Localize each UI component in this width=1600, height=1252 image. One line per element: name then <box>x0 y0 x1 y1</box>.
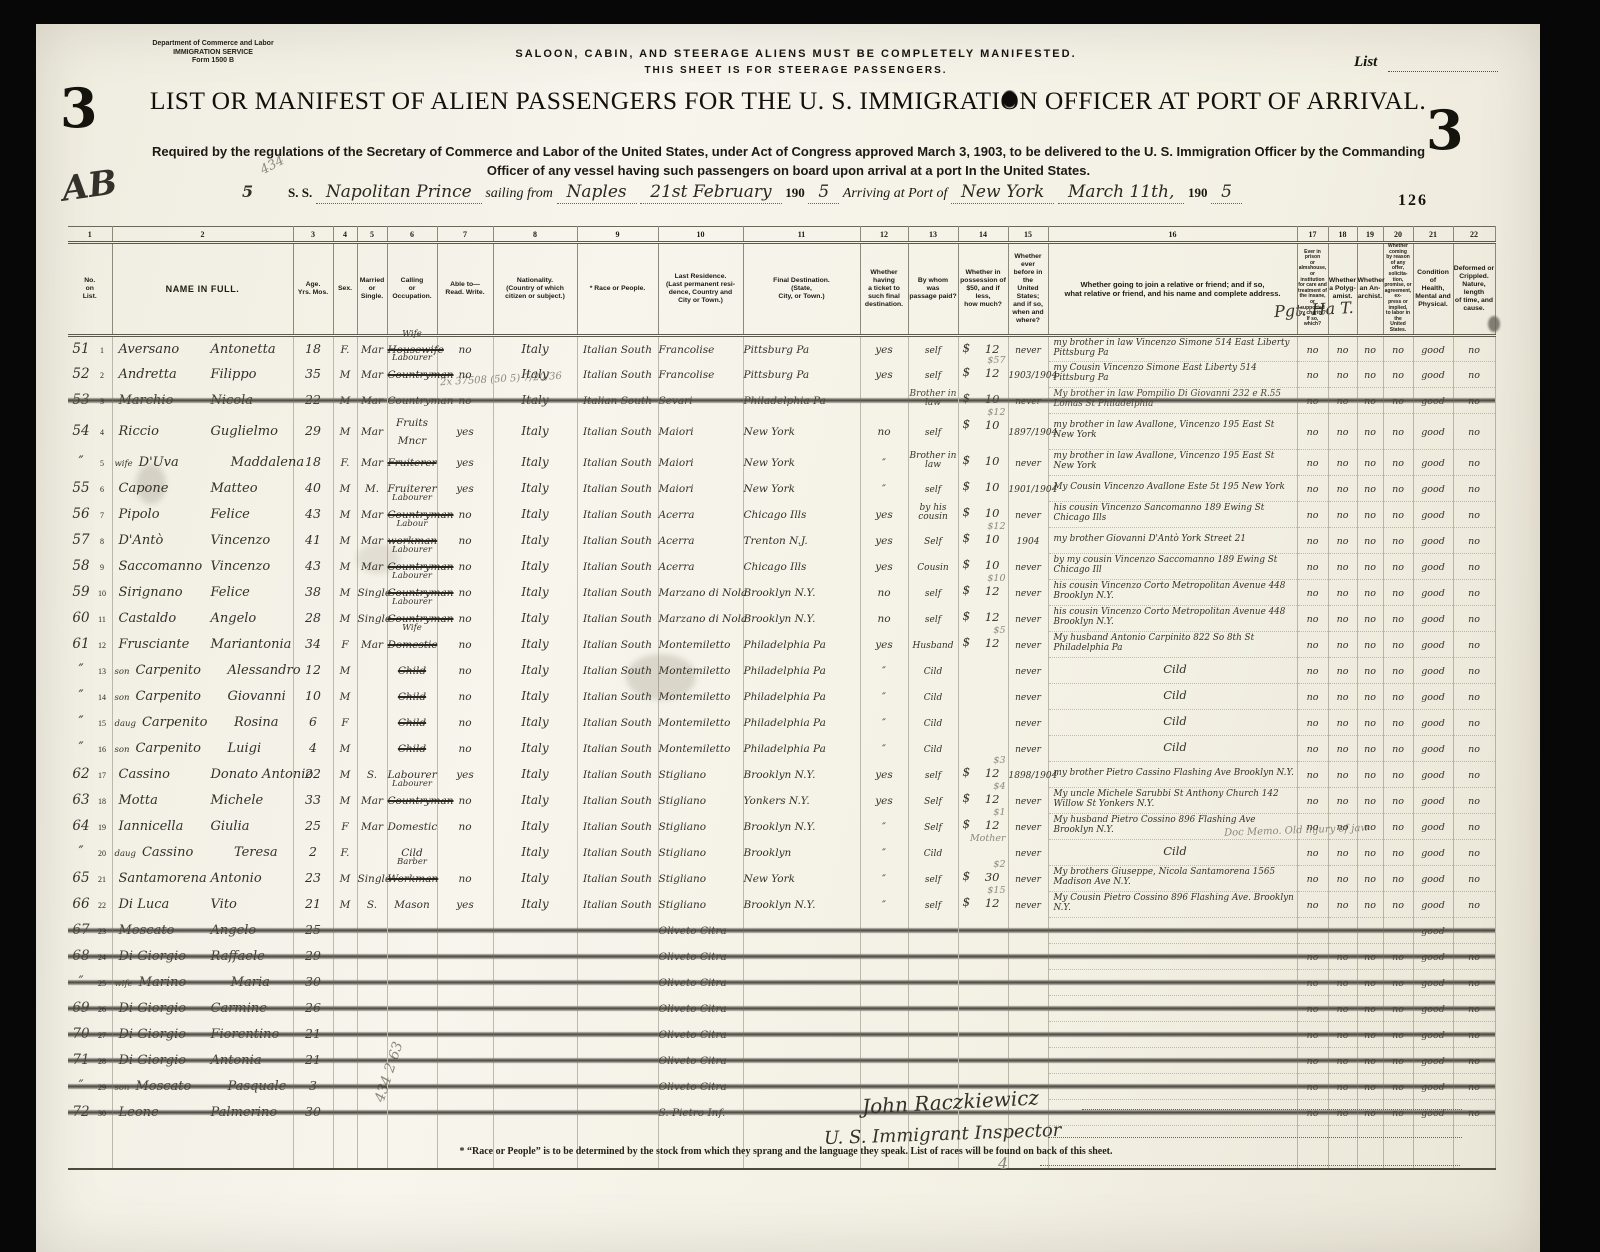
cell-list-number: ″20 <box>68 839 112 865</box>
cell-sex: M <box>333 735 357 761</box>
cell-last-residence: Oliveto Citra <box>658 969 743 995</box>
cell-anarchist: no <box>1357 335 1383 361</box>
cell-money-amount: $12$15 <box>958 891 1008 917</box>
cell-anarchist <box>1357 917 1383 943</box>
cell-marital-status <box>357 969 387 995</box>
cell-final-destination: Chicago Ills <box>743 553 860 579</box>
cell-sex: M <box>333 761 357 787</box>
cell-deformed: no <box>1453 605 1495 631</box>
cell-read-write: no <box>437 709 493 735</box>
passenger-row: ″15daugCarpenitoRosina6FChildnoItalyItal… <box>68 709 1495 735</box>
cell-age: 2 <box>293 839 333 865</box>
empty-cell <box>1297 1125 1328 1169</box>
cell-relative-friend: my Cousin Vincenzo Simone East Liberty 5… <box>1048 361 1297 387</box>
cell-race: Italian South <box>577 553 658 579</box>
cell-final-destination <box>743 1047 860 1073</box>
cell-deformed: no <box>1453 579 1495 605</box>
cell-read-write: yes <box>437 891 493 917</box>
cell-health: good <box>1413 475 1453 501</box>
cell-name: MoscatoAngelo <box>112 917 293 943</box>
cell-marital-status <box>357 735 387 761</box>
cell-passage-paid-by: self <box>908 891 958 917</box>
cell-relative-friend: my brother Giovanni D'Antò York Street 2… <box>1048 527 1297 553</box>
cell-sex: M <box>333 553 357 579</box>
cell-final-destination: New York <box>743 475 860 501</box>
cell-marital-status <box>357 1047 387 1073</box>
cell-anarchist: no <box>1357 605 1383 631</box>
cell-polygamist: no <box>1328 553 1357 579</box>
cell-race <box>577 969 658 995</box>
cell-health: good <box>1413 995 1453 1021</box>
form-identification: Department of Commerce and Labor IMMIGRA… <box>128 40 298 66</box>
column-header: Sex. <box>333 243 357 336</box>
passenger-row: 6112FruscianteMariantonia34FMarWifeDomes… <box>68 631 1495 657</box>
cell-name: PipoloFelice <box>112 501 293 527</box>
cell-race <box>577 1073 658 1099</box>
signature-rule <box>1048 1136 1462 1138</box>
cell-name: daugCassinoTeresa <box>112 839 293 865</box>
arrival-year-print: 190 <box>1188 185 1208 200</box>
cell-race: Italian South <box>577 449 658 475</box>
cell-anarchist: no <box>1357 449 1383 475</box>
cell-labor-contract: no <box>1383 839 1413 865</box>
cell-anarchist: no <box>1357 501 1383 527</box>
cell-passage-paid-by: Brother in law <box>908 449 958 475</box>
cell-money-amount: $10$12 <box>958 527 1008 553</box>
cell-polygamist: no <box>1328 813 1357 839</box>
cell-race: Italian South <box>577 527 658 553</box>
cell-race: Italian South <box>577 475 658 501</box>
cell-ever-in-prison: no <box>1297 335 1328 361</box>
cell-polygamist <box>1328 917 1357 943</box>
cell-polygamist: no <box>1328 657 1357 683</box>
cell-relative-friend: Cild <box>1048 709 1297 735</box>
cell-race: Italian South <box>577 735 658 761</box>
cell-polygamist: no <box>1328 335 1357 361</box>
cell-marital-status: Mar <box>357 361 387 387</box>
cell-anarchist: no <box>1357 1073 1383 1099</box>
cell-race <box>577 995 658 1021</box>
sailing-year-print: 190 <box>785 185 805 200</box>
cell-ever-in-prison: no <box>1297 631 1328 657</box>
cell-polygamist: no <box>1328 787 1357 813</box>
cell-occupation <box>387 1099 437 1125</box>
empty-cell <box>68 1125 112 1169</box>
column-number: 10 <box>658 227 743 243</box>
column-number: 1 <box>68 227 112 243</box>
cell-labor-contract: no <box>1383 553 1413 579</box>
cell-marital-status <box>357 1073 387 1099</box>
cell-list-number: 6723 <box>68 917 112 943</box>
cell-before-in-us <box>1008 969 1048 995</box>
cell-money-amount: $12$57 <box>958 361 1008 387</box>
cell-final-destination: Philadelphia Pa <box>743 683 860 709</box>
cell-read-write <box>437 969 493 995</box>
cell-before-in-us: 1904 <box>1008 527 1048 553</box>
cell-marital-status: S. <box>357 761 387 787</box>
cell-ever-in-prison: no <box>1297 361 1328 387</box>
cell-list-number: 556 <box>68 475 112 501</box>
column-number: 3 <box>293 227 333 243</box>
cell-relative-friend: My uncle Michele Sarubbi St Anthony Chur… <box>1048 787 1297 813</box>
cell-sex: F. <box>333 449 357 475</box>
cell-list-number: ″25 <box>68 969 112 995</box>
cell-name: sonCarpenitoLuigi <box>112 735 293 761</box>
passenger-table: 12345678910111213141516171819202122No. o… <box>68 226 1496 1170</box>
cell-health: good <box>1413 917 1453 943</box>
cell-anarchist: no <box>1357 709 1383 735</box>
cell-occupation <box>387 917 437 943</box>
cell-relative-friend: his cousin Vincenzo Sancomanno 189 Ewing… <box>1048 501 1297 527</box>
cell-read-write <box>437 1099 493 1125</box>
cell-age: 18 <box>293 335 333 361</box>
cell-nationality: Italy <box>493 735 577 761</box>
cell-marital-status: Single <box>357 865 387 891</box>
column-number: 17 <box>1297 227 1328 243</box>
cell-has-ticket: no <box>860 413 908 449</box>
cell-before-in-us: 1898/1904 <box>1008 761 1048 787</box>
cell-race: Italian South <box>577 413 658 449</box>
column-number: 20 <box>1383 227 1413 243</box>
cell-age: 26 <box>293 995 333 1021</box>
cell-money-amount <box>958 657 1008 683</box>
cell-labor-contract: no <box>1383 813 1413 839</box>
column-header: * Race or People. <box>577 243 658 336</box>
cell-list-number: 5910 <box>68 579 112 605</box>
cell-money-amount: $12$5 <box>958 631 1008 657</box>
cell-name: SaccomannoVincenzo <box>112 553 293 579</box>
cell-polygamist: no <box>1328 865 1357 891</box>
cell-list-number: 7128 <box>68 1047 112 1073</box>
passenger-row: 6824Di GiorgioRaffaele29Oliveto Citranon… <box>68 943 1495 969</box>
cell-race: Italian South <box>577 605 658 631</box>
cell-before-in-us: never <box>1008 813 1048 839</box>
cell-nationality <box>493 995 577 1021</box>
signature-rule <box>1082 1108 1462 1110</box>
cell-relative-friend <box>1048 1073 1297 1099</box>
cell-before-in-us: never <box>1008 631 1048 657</box>
passenger-row: 6926Di GiorgioCarmine26Oliveto Citranono… <box>68 995 1495 1021</box>
cell-money-amount: $10 <box>958 449 1008 475</box>
cell-race: Italian South <box>577 839 658 865</box>
cell-occupation <box>387 1021 437 1047</box>
cell-deformed: no <box>1453 1073 1495 1099</box>
column-header: Whether an An- archist. <box>1357 243 1383 336</box>
cell-final-destination: Brooklyn N.Y. <box>743 579 860 605</box>
cell-marital-status: Single <box>357 579 387 605</box>
cell-age: 43 <box>293 553 333 579</box>
cell-has-ticket: ″ <box>860 683 908 709</box>
cell-age: 38 <box>293 579 333 605</box>
cell-labor-contract: no <box>1383 1047 1413 1073</box>
empty-cell <box>333 1125 357 1169</box>
cell-age: 29 <box>293 413 333 449</box>
cell-age: 30 <box>293 969 333 995</box>
cell-final-destination: Brooklyn N.Y. <box>743 761 860 787</box>
cell-read-write <box>437 839 493 865</box>
cell-ever-in-prison: no <box>1297 475 1328 501</box>
column-number: 11 <box>743 227 860 243</box>
cell-list-number: 6521 <box>68 865 112 891</box>
margin-monogram: AB <box>59 162 119 209</box>
cell-health: good <box>1413 387 1453 413</box>
signature-rule <box>1040 1164 1460 1166</box>
cell-deformed: no <box>1453 387 1495 413</box>
cell-final-destination: Trenton N.J. <box>743 527 860 553</box>
cell-race <box>577 1021 658 1047</box>
cell-final-destination: Pittsburg Pa <box>743 361 860 387</box>
cell-passage-paid-by: self <box>908 413 958 449</box>
cell-relative-friend: Cild <box>1048 839 1297 865</box>
cell-nationality: Italy <box>493 813 577 839</box>
cell-sex: M <box>333 387 357 413</box>
sailing-year-handwritten: 5 <box>808 182 839 204</box>
cell-passage-paid-by: Cousin <box>908 553 958 579</box>
cell-has-ticket <box>860 387 908 413</box>
cell-ever-in-prison: no <box>1297 969 1328 995</box>
cell-anarchist: no <box>1357 553 1383 579</box>
cell-deformed: no <box>1453 475 1495 501</box>
cell-relative-friend: Cild <box>1048 657 1297 683</box>
cell-health: good <box>1413 413 1453 449</box>
cell-occupation <box>387 1047 437 1073</box>
passenger-row: 544RiccioGuglielmo29MMarFruits MncryesIt… <box>68 413 1495 449</box>
cell-nationality: Italy <box>493 335 577 361</box>
cell-nationality: Italy <box>493 579 577 605</box>
cell-read-write <box>437 943 493 969</box>
cell-health: good <box>1413 1021 1453 1047</box>
column-header: No. on List. <box>68 243 112 336</box>
cell-relative-friend: My Cousin Vincenzo Avallone Este 5t 195 … <box>1048 475 1297 501</box>
cell-age: 3 <box>293 1073 333 1099</box>
passenger-row: 6318MottaMichele33MMarLabourerCountryman… <box>68 787 1495 813</box>
cell-has-ticket: yes <box>860 527 908 553</box>
arrival-date: March 11th, <box>1058 182 1184 204</box>
cell-name: sonMoscatoPasquale <box>112 1073 293 1099</box>
column-header: Whether coming by reason of any offer, s… <box>1383 243 1413 336</box>
cell-last-residence: Montemiletto <box>658 657 743 683</box>
passenger-row: 7128Di GiorgioAntonia21Oliveto Citranono… <box>68 1047 1495 1073</box>
cell-list-number: 567 <box>68 501 112 527</box>
cell-polygamist: no <box>1328 475 1357 501</box>
cell-has-ticket: yes <box>860 787 908 813</box>
cell-ever-in-prison: no <box>1297 683 1328 709</box>
cell-deformed: no <box>1453 657 1495 683</box>
passenger-row: ″14sonCarpenitoGiovanni10MChildnoItalyIt… <box>68 683 1495 709</box>
cell-passage-paid-by: Cild <box>908 709 958 735</box>
cell-list-number: ″15 <box>68 709 112 735</box>
cell-final-destination: New York <box>743 865 860 891</box>
passenger-row: ″25wifeMarinoMaria30Oliveto Citranononon… <box>68 969 1495 995</box>
cell-nationality: Italy <box>493 683 577 709</box>
cell-money-amount: $10 <box>958 475 1008 501</box>
cell-name: wifeD'UvaMaddalena <box>112 449 293 475</box>
manifest-notice-line2: THIS SHEET IS FOR STEERAGE PASSENGERS. <box>476 65 1116 76</box>
column-header: Whether having a ticket to such final de… <box>860 243 908 336</box>
cell-marital-status: Mar <box>357 387 387 413</box>
subtitle-line2: Officer of any vessel having such passen… <box>121 161 1456 180</box>
cell-before-in-us <box>1008 917 1048 943</box>
cell-passage-paid-by <box>908 943 958 969</box>
cell-age: 21 <box>293 1047 333 1073</box>
cell-deformed: no <box>1453 995 1495 1021</box>
cell-has-ticket <box>860 1021 908 1047</box>
cell-before-in-us <box>1008 1021 1048 1047</box>
cell-race: Italian South <box>577 891 658 917</box>
cell-money-amount <box>958 995 1008 1021</box>
cell-deformed: no <box>1453 1047 1495 1073</box>
cell-passage-paid-by: Cild <box>908 683 958 709</box>
passenger-row: ″29sonMoscatoPasquale3Oliveto Citranonon… <box>68 1073 1495 1099</box>
cell-before-in-us: 1897/1904 <box>1008 413 1048 449</box>
cell-age: 4 <box>293 735 333 761</box>
cell-occupation: BarberWorkman <box>387 865 437 891</box>
cell-occupation: Countryman <box>387 387 437 413</box>
cell-final-destination <box>743 1073 860 1099</box>
cell-labor-contract: no <box>1383 335 1413 361</box>
cell-before-in-us <box>1008 943 1048 969</box>
cell-nationality: Italy <box>493 413 577 449</box>
column-number: 18 <box>1328 227 1357 243</box>
cell-before-in-us: never <box>1008 865 1048 891</box>
cell-anarchist: no <box>1357 969 1383 995</box>
cell-occupation <box>387 969 437 995</box>
cell-occupation: LabourerCountryman <box>387 787 437 813</box>
cell-passage-paid-by: Self <box>908 813 958 839</box>
cell-ever-in-prison <box>1297 917 1328 943</box>
cell-deformed: no <box>1453 527 1495 553</box>
margin-number-note: 5 <box>242 182 253 201</box>
cell-nationality: Italy <box>493 387 577 413</box>
cell-has-ticket <box>860 917 908 943</box>
cell-deformed: no <box>1453 553 1495 579</box>
cell-list-number: 6011 <box>68 605 112 631</box>
column-header: Deformed or Crippled. Nature, length of … <box>1453 243 1495 336</box>
cell-last-residence: Acerra <box>658 553 743 579</box>
cell-sex: F. <box>333 839 357 865</box>
cell-anarchist: no <box>1357 657 1383 683</box>
cell-name: SirignanoFelice <box>112 579 293 605</box>
cell-before-in-us <box>1008 995 1048 1021</box>
cell-passage-paid-by: Self <box>908 527 958 553</box>
cell-occupation: Domestic <box>387 813 437 839</box>
cell-deformed: no <box>1453 683 1495 709</box>
cell-name: Di GiorgioRaffaele <box>112 943 293 969</box>
cell-read-write: no <box>437 735 493 761</box>
cell-race <box>577 1047 658 1073</box>
column-number: 13 <box>908 227 958 243</box>
cell-final-destination <box>743 1099 860 1125</box>
cell-marital-status: Mar <box>357 501 387 527</box>
sheet-number: 126 <box>1398 192 1428 210</box>
cell-labor-contract: no <box>1383 1021 1413 1047</box>
passenger-row: ″16sonCarpenitoLuigi4MChildnoItalyItalia… <box>68 735 1495 761</box>
cell-money-amount <box>958 943 1008 969</box>
cell-last-residence: Francolise <box>658 335 743 361</box>
cell-name: daugCarpenitoRosina <box>112 709 293 735</box>
cell-occupation <box>387 1073 437 1099</box>
cell-health: good <box>1413 553 1453 579</box>
table-header: 12345678910111213141516171819202122No. o… <box>68 227 1495 336</box>
cell-name: MarchioNicola <box>112 387 293 413</box>
cell-health: good <box>1413 839 1453 865</box>
cell-age: 22 <box>293 387 333 413</box>
cell-sex: M <box>333 683 357 709</box>
cell-ever-in-prison: no <box>1297 413 1328 449</box>
cell-ever-in-prison: no <box>1297 527 1328 553</box>
cell-ever-in-prison: no <box>1297 943 1328 969</box>
cell-occupation: Child <box>387 683 437 709</box>
cell-polygamist: no <box>1328 501 1357 527</box>
cell-final-destination: Philadelphia Pa <box>743 735 860 761</box>
column-labels-row: No. on List.NAME IN FULL.Age. Yrs. Mos.S… <box>68 243 1495 336</box>
cell-marital-status <box>357 1021 387 1047</box>
cell-nationality <box>493 917 577 943</box>
column-number: 19 <box>1357 227 1383 243</box>
cell-passage-paid-by: Cild <box>908 735 958 761</box>
cell-health: good <box>1413 969 1453 995</box>
cell-list-number: 544 <box>68 413 112 449</box>
passenger-row: ″5wifeD'UvaMaddalena18F.MarFruitereryesI… <box>68 449 1495 475</box>
cell-final-destination <box>743 1021 860 1047</box>
passenger-row: 6011CastaldoAngelo28MSingleLabourerCount… <box>68 605 1495 631</box>
cell-read-write: yes <box>437 413 493 449</box>
cell-name: CaponeMatteo <box>112 475 293 501</box>
cell-deformed <box>1453 917 1495 943</box>
column-header: Age. Yrs. Mos. <box>293 243 333 336</box>
cell-ever-in-prison: no <box>1297 449 1328 475</box>
empty-cell <box>1328 1125 1357 1169</box>
cell-anarchist: no <box>1357 683 1383 709</box>
cell-before-in-us: never <box>1008 605 1048 631</box>
cell-name: AversanoAntonetta <box>112 335 293 361</box>
cell-nationality: Italy <box>493 709 577 735</box>
table-body: 511AversanoAntonetta18F.MarWifeHousewife… <box>68 335 1495 1169</box>
cell-nationality: Italy <box>493 787 577 813</box>
cell-read-write <box>437 1047 493 1073</box>
cell-list-number: 6112 <box>68 631 112 657</box>
cell-health: good <box>1413 787 1453 813</box>
cell-deformed: no <box>1453 1099 1495 1125</box>
passenger-row: 589SaccomannoVincenzo43MMarLabourerCount… <box>68 553 1495 579</box>
sailing-date: 21st February <box>640 182 781 204</box>
cell-sex: M <box>333 361 357 387</box>
cell-last-residence: Oliveto Citra <box>658 1021 743 1047</box>
cell-ever-in-prison: no <box>1297 709 1328 735</box>
cell-read-write <box>437 1073 493 1099</box>
voyage-line: S. S. Napolitan Prince sailing from Napl… <box>288 182 1468 202</box>
cell-polygamist: no <box>1328 631 1357 657</box>
empty-cell <box>1357 1125 1383 1169</box>
manifest-page: Department of Commerce and Labor IMMIGRA… <box>36 24 1540 1252</box>
cell-deformed: no <box>1453 761 1495 787</box>
cell-deformed: no <box>1453 891 1495 917</box>
cell-nationality: Italy <box>493 657 577 683</box>
cell-read-write: no <box>437 335 493 361</box>
column-number: 15 <box>1008 227 1048 243</box>
cell-deformed: no <box>1453 735 1495 761</box>
cell-ever-in-prison: no <box>1297 995 1328 1021</box>
cell-sex: M <box>333 475 357 501</box>
cell-money-amount <box>958 1021 1008 1047</box>
cell-labor-contract: no <box>1383 501 1413 527</box>
cell-labor-contract: no <box>1383 605 1413 631</box>
cell-last-residence: Acerra <box>658 527 743 553</box>
cell-last-residence: Stigliano <box>658 865 743 891</box>
cell-deformed: no <box>1453 709 1495 735</box>
cell-marital-status <box>357 995 387 1021</box>
cell-final-destination: New York <box>743 413 860 449</box>
